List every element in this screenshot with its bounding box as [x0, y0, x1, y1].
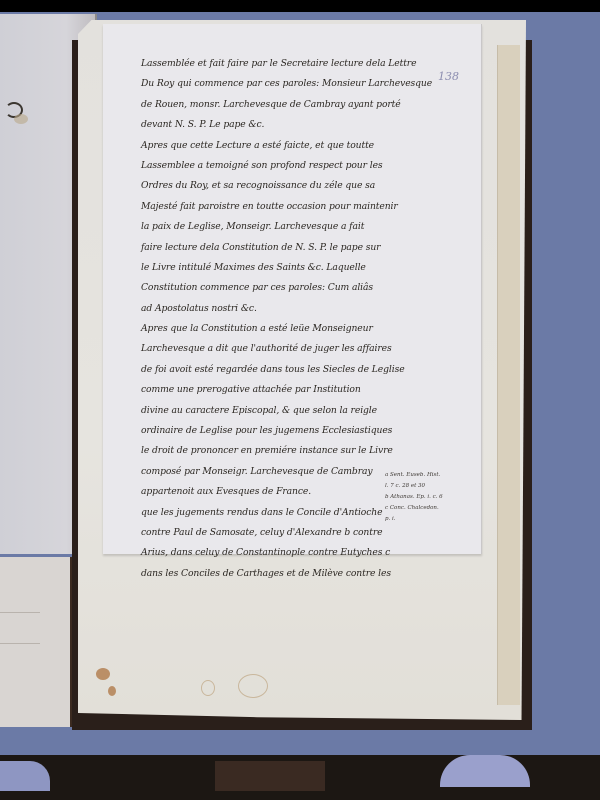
text-line: comme une prerogative attachée par Insti…	[141, 380, 441, 400]
text-line: dans les Conciles de Carthages et de Mil…	[141, 564, 441, 584]
text-line: contre Paul de Samosate, celuy d'Alexand…	[141, 523, 441, 543]
text-line: Apres que cette Lecture a esté faicte, e…	[141, 136, 441, 156]
text-line: devant N. S. P. Le pape &c.	[141, 115, 441, 135]
margin-note-line: a Sent. Euseb. Hist.	[385, 470, 480, 481]
text-line: ad Apostolatus nostri &c.	[141, 299, 441, 319]
photo-background: 138 Lassemblée et fait faire par le Secr…	[0, 12, 600, 770]
text-line: Arius, dans celuy de Constantinople cont…	[141, 543, 441, 563]
text-line: la paix de Leglise, Monseigr. Larchevesq…	[141, 217, 441, 237]
table-edge	[0, 755, 600, 800]
text-line: le droit de prononcer en premiére instan…	[141, 441, 441, 461]
water-mark	[201, 680, 215, 696]
text-line: ordinaire de Leglise pour les jugemens E…	[141, 421, 441, 441]
margin-note-line: b Athanas. Ep. i. c. 6	[385, 492, 480, 503]
cloth	[0, 761, 50, 791]
rust-stain	[96, 668, 110, 680]
text-line: Ordres du Roy, et sa recognoissance du z…	[141, 176, 441, 196]
page-crease	[0, 612, 40, 644]
text-line: divine au caractere Episcopal, & que sel…	[141, 401, 441, 421]
text-line: de foi avoit esté regardée dans tous les…	[141, 360, 441, 380]
text-line: Lassemblée et fait faire par le Secretai…	[141, 54, 441, 74]
text-line: Du Roy qui commence par ces paroles: Mon…	[141, 74, 441, 94]
water-mark	[238, 674, 268, 698]
cloth	[440, 755, 530, 787]
margin-note-line: l. 7 c. 28 et 30	[385, 481, 480, 492]
text-line: Apres que la Constitution a esté leüe Mo…	[141, 319, 441, 339]
margin-note-line: c Conc. Chalcedon.	[385, 503, 480, 514]
marginal-citations: a Sent. Euseb. Hist. l. 7 c. 28 et 30 b …	[385, 470, 480, 525]
text-line: de Rouen, monsr. Larchevesque de Cambray…	[141, 95, 441, 115]
text-line: Lassemblee a temoigné son profond respec…	[141, 156, 441, 176]
deckle-edge	[497, 45, 520, 705]
text-line: faire lecture dela Constitution de N. S.…	[141, 238, 441, 258]
rust-stain	[108, 686, 116, 696]
manuscript-leaf: 138 Lassemblée et fait faire par le Secr…	[103, 24, 482, 554]
folio-number: 138	[438, 70, 459, 83]
facing-page-lower	[0, 557, 73, 727]
text-line: Larchevesque a dit que l'authorité de ju…	[141, 339, 441, 359]
text-line: Constitution commence par ces paroles: C…	[141, 278, 441, 298]
margin-note-line: p. i.	[385, 514, 480, 525]
stain	[14, 114, 28, 124]
box	[215, 761, 325, 791]
text-line: Majesté fait paroistre en toutte occasio…	[141, 197, 441, 217]
text-line: le Livre intitulé Maximes des Saints &c.…	[141, 258, 441, 278]
